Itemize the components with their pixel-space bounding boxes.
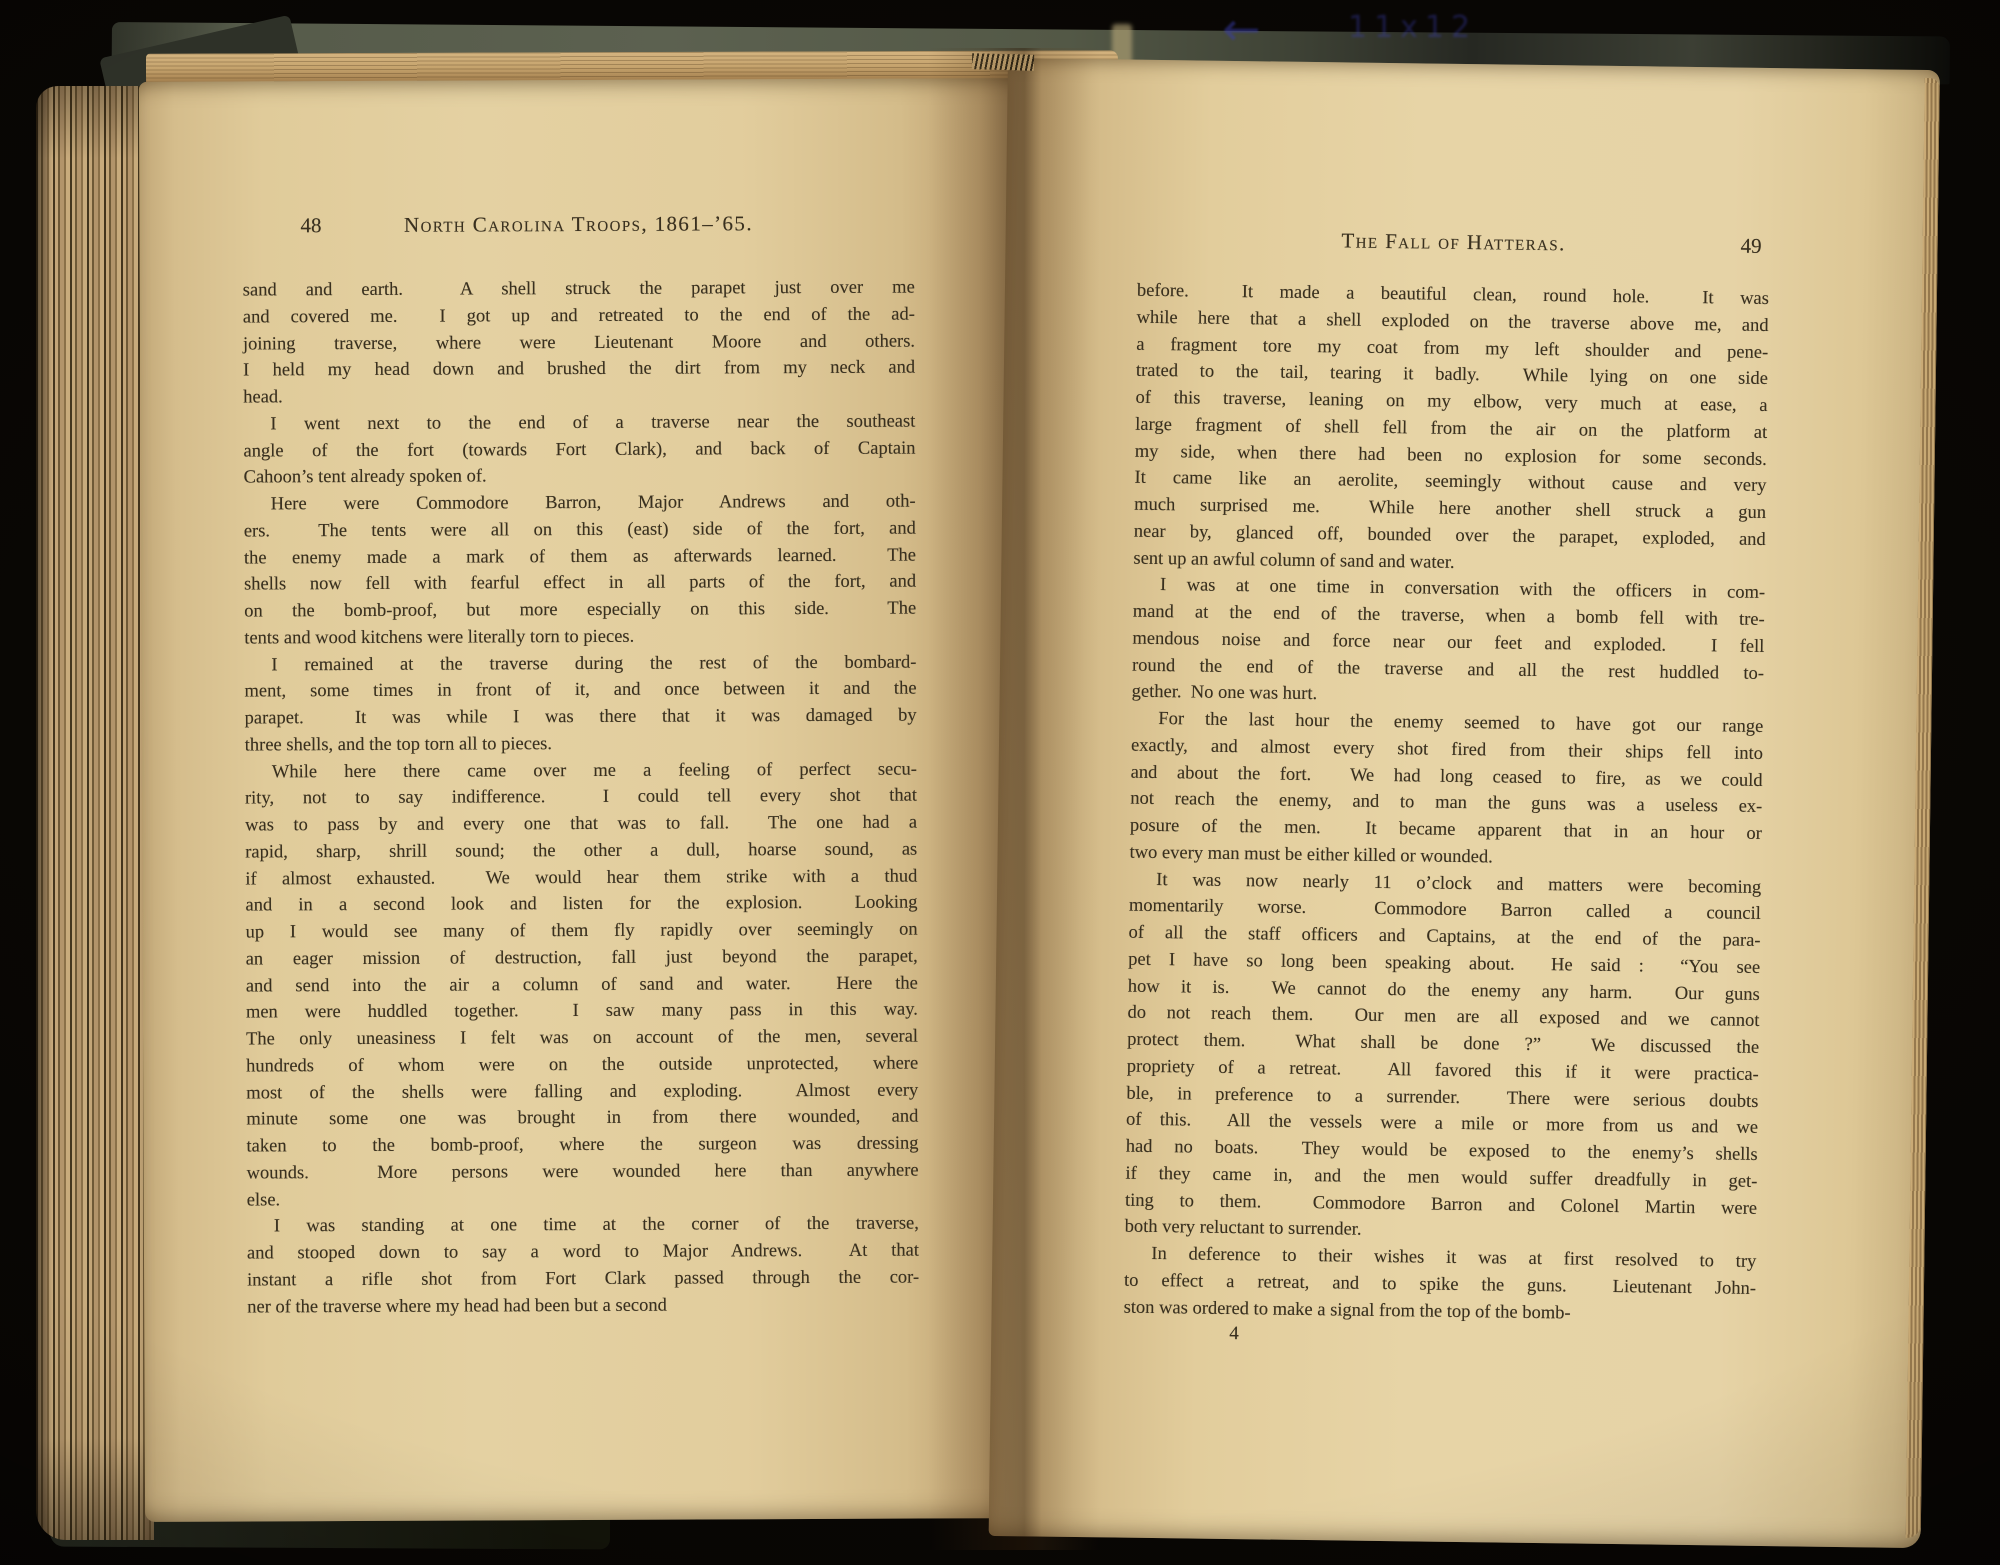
text-line: While here there came over me a feeling …: [245, 756, 917, 786]
book-photo: 48 North Carolina Troops, 1861–’65. sand…: [0, 0, 2000, 1565]
text-line: on the bomb-proof, but more especially o…: [244, 596, 916, 626]
left-page-number: 48: [300, 213, 321, 238]
text-line: was to pass by and every one that was to…: [245, 810, 917, 840]
right-page-number: 49: [1740, 234, 1761, 259]
text-line: and send into the air a column of sand a…: [246, 970, 918, 1000]
text-line: ment, some times in front of it, and onc…: [244, 676, 916, 706]
left-page-header: 48 North Carolina Troops, 1861–’65.: [242, 211, 914, 246]
text-line: rapid, sharp, shrill sound; the other a …: [245, 836, 917, 866]
text-line: sand and earth. A shell struck the parap…: [243, 275, 915, 305]
text-line: most of the shells were falling and expl…: [246, 1077, 918, 1107]
text-line: shells now fell with fearful effect in a…: [244, 569, 916, 599]
text-line: an eager mission of destruction, fall ju…: [246, 943, 918, 973]
text-line: else.: [247, 1184, 919, 1214]
text-line: and covered me. I got up and retreated t…: [243, 301, 915, 331]
text-line: if almost exhausted. We would hear them …: [245, 863, 917, 893]
text-line: ers. The tents were all on this (east) s…: [244, 515, 916, 545]
right-page-header: The Fall of Hatteras. 49: [1137, 226, 1769, 266]
text-line: joining traverse, where were Lieutenant …: [243, 328, 915, 358]
right-page-body: before. It made a beautiful clean, round…: [1123, 278, 1769, 1329]
text-line: head.: [243, 382, 915, 412]
right-page: The Fall of Hatteras. 49 before. It made…: [989, 58, 1940, 1548]
text-line: I held my head down and brushed the dirt…: [243, 355, 915, 385]
text-line: I went next to the end of a traverse nea…: [243, 408, 915, 438]
text-line: parapet. It was while I was there that i…: [245, 703, 917, 733]
text-line: instant a rifle shot from Fort Clark pas…: [247, 1264, 919, 1294]
right-running-header: The Fall of Hatteras.: [1137, 226, 1769, 259]
text-line: hundreds of whom were on the outside unp…: [246, 1050, 918, 1080]
text-line: up I would see many of them fly rapidly …: [246, 917, 918, 947]
page-edge-lines-right: [1906, 78, 1940, 1538]
signature-mark: 4: [1229, 1323, 1239, 1345]
text-line: Cahoon’s tent already spoken of.: [244, 462, 916, 492]
text-line: and in a second look and listen for the …: [245, 890, 917, 920]
text-line: taken to the bomb-proof, where the surge…: [246, 1131, 918, 1161]
text-line: the enemy made a mark of them as afterwa…: [244, 542, 916, 572]
blue-note-mark: 11x12: [1348, 10, 1477, 45]
text-line: rity, not to say indifference. I could t…: [245, 783, 917, 813]
text-line: three shells, and the top torn all to pi…: [245, 729, 917, 759]
binding-stitches: [972, 53, 1034, 71]
text-line: tents and wood kitchens were literally t…: [244, 622, 916, 652]
left-page: 48 North Carolina Troops, 1861–’65. sand…: [139, 78, 1030, 1522]
text-line: I was standing at one time at the corner…: [247, 1211, 919, 1241]
text-line: minute some one was brought in from ther…: [246, 1104, 918, 1134]
text-line: and stooped down to say a word to Major …: [247, 1238, 919, 1268]
left-page-body: sand and earth. A shell struck the parap…: [243, 275, 920, 1321]
text-line: The only uneasiness I felt was on accoun…: [246, 1024, 918, 1054]
text-line: men were huddled together. I saw many pa…: [246, 997, 918, 1027]
left-running-header: North Carolina Troops, 1861–’65.: [242, 211, 914, 239]
text-line: wounds. More persons were wounded here t…: [247, 1157, 919, 1187]
text-line: ner of the traverse where my head had be…: [247, 1291, 919, 1321]
text-line: angle of the fort (towards Fort Clark), …: [243, 435, 915, 465]
page-edge-fan: [36, 86, 154, 1540]
blue-arrow-icon: ←: [1222, 2, 1261, 56]
text-line: Here were Commodore Barron, Major Andrew…: [244, 489, 916, 519]
text-line: I remained at the traverse during the re…: [244, 649, 916, 679]
